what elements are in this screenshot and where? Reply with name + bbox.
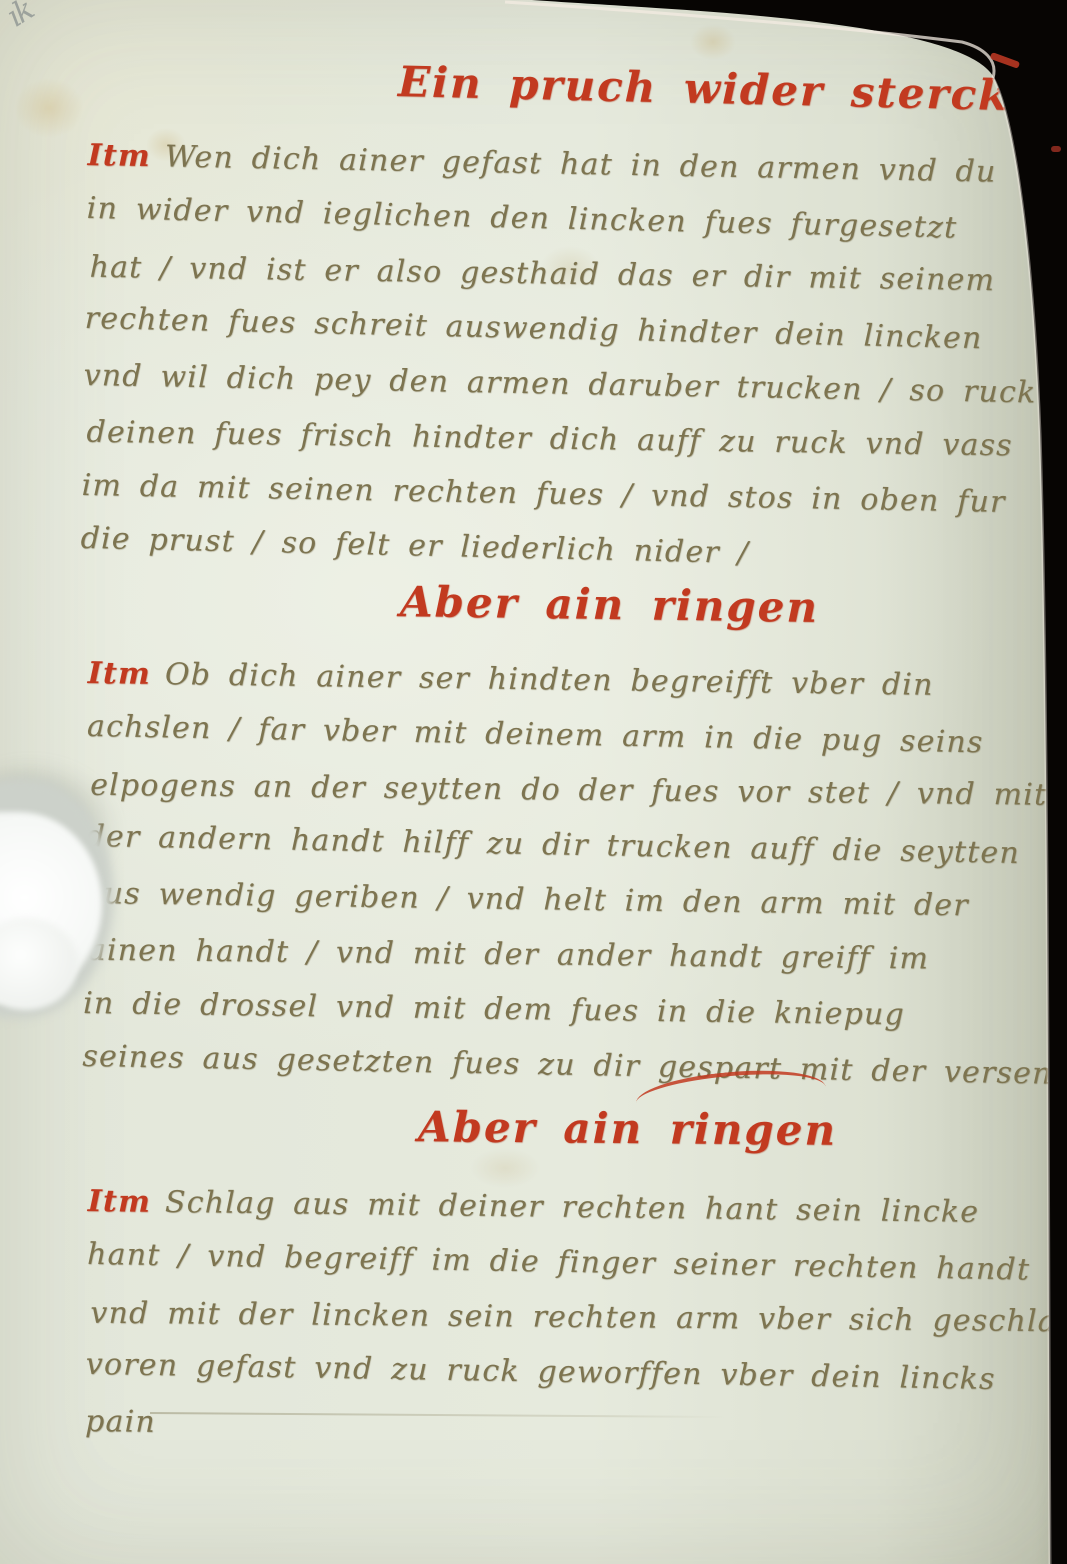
section-heading: Aber ain ringen bbox=[400, 577, 820, 632]
page-title: Ein pruch wider sterck bbox=[398, 57, 1010, 120]
text-line: ainen handt / vnd mit der ander handt gr… bbox=[87, 933, 1048, 998]
paragraph-3: ItmSchlag aus mit deiner rechten hant se… bbox=[85, 1184, 1048, 1471]
text-line-content: Ob dich ainer ser hindten begreifft vber… bbox=[165, 657, 934, 703]
folio-pencil-mark: ık bbox=[1, 0, 40, 35]
section-heading: Aber ain ringen bbox=[418, 1102, 837, 1155]
item-marker: Itm bbox=[88, 1184, 152, 1220]
foxing-stain bbox=[690, 24, 736, 60]
paragraph-2: ItmOb dich ainer ser hindten begreifft v… bbox=[82, 656, 1048, 1109]
foxing-stain bbox=[14, 78, 84, 138]
item-marker: Itm bbox=[88, 656, 152, 692]
text-line-content: Schlag aus mit deiner rechten hant sein … bbox=[165, 1185, 980, 1230]
paragraph-1: ItmWen dich ainer gefast hat in den arme… bbox=[80, 138, 1048, 596]
item-marker: Itm bbox=[87, 138, 151, 174]
text-line-content: Wen dich ainer gefast hat in den armen v… bbox=[165, 139, 997, 189]
manuscript-page: ık Ein pruch wider sterck ItmWen dich ai… bbox=[0, 0, 1067, 1564]
manuscript-photo: ık Ein pruch wider sterck ItmWen dich ai… bbox=[0, 0, 1067, 1564]
foxing-stain bbox=[470, 1148, 540, 1188]
